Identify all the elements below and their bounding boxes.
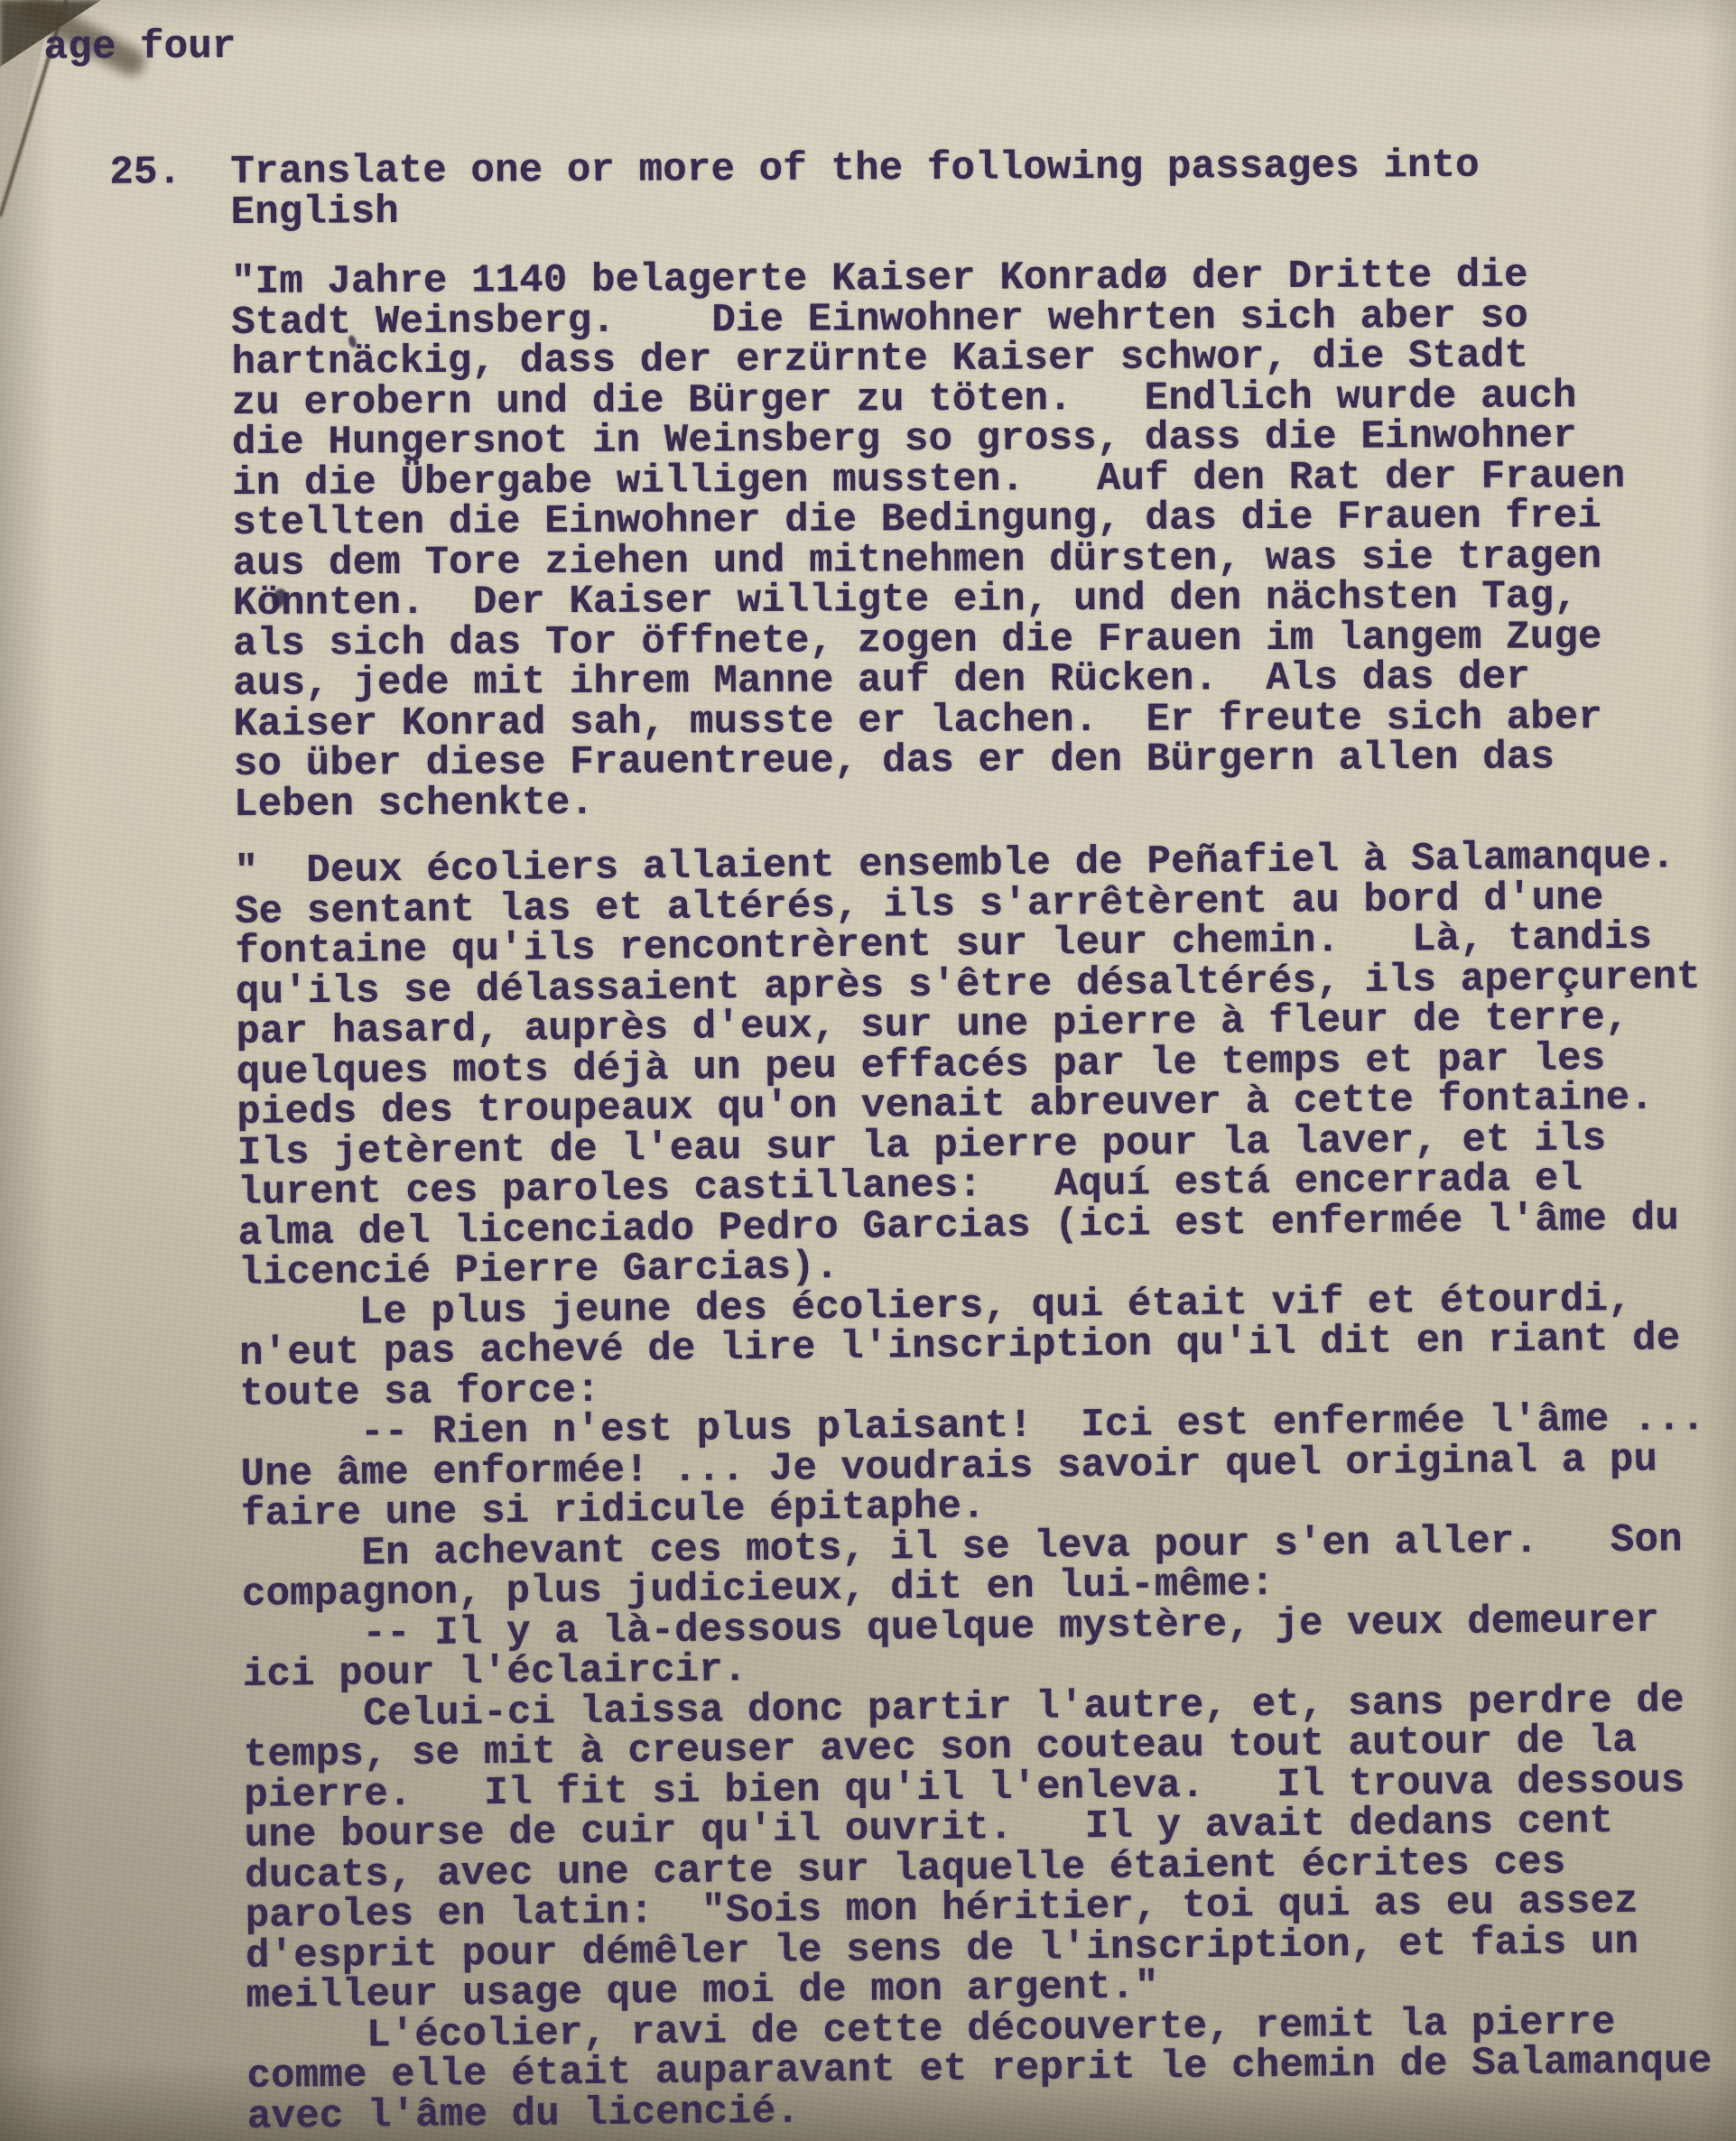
page-header: age four bbox=[44, 27, 237, 69]
question-prompt: Translate one or more of the following p… bbox=[230, 146, 1480, 233]
prompt-line: Translate one or more of the following p… bbox=[230, 146, 1480, 193]
typed-content: age four 25. Translate one or more of th… bbox=[0, 0, 1736, 2141]
german-line: so über diese Frauentreue, das er den Bü… bbox=[234, 737, 1627, 785]
german-line: Leben schenkte. bbox=[234, 777, 1627, 825]
german-passage: "Im Jahre 1140 belagerte Kaiser Konradø … bbox=[231, 255, 1627, 825]
french-passage: " Deux écoliers allaient ensemble de Peñ… bbox=[234, 837, 1713, 2137]
question-number: 25. bbox=[109, 153, 181, 193]
document-page: age four 25. Translate one or more of th… bbox=[0, 0, 1736, 2141]
